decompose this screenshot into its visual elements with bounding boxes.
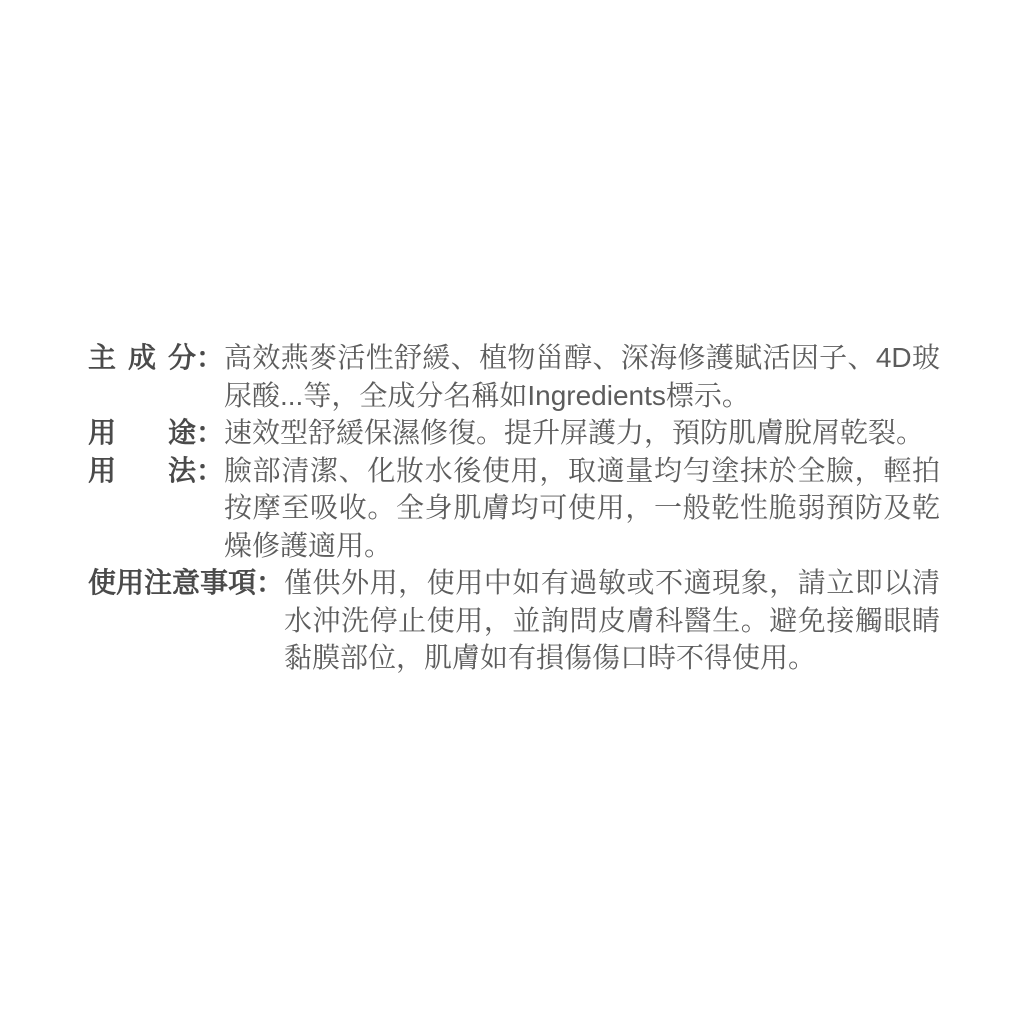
spec-content-precautions: 僅供外用，使用中如有過敏或不適現象，請立即以清水沖洗停止使用，並詢問皮膚科醫生。… (284, 564, 940, 677)
spec-colon: ： (196, 414, 224, 452)
spec-content-usage: 臉部清潔、化妝水後使用，取適量均勻塗抹於全臉，輕拍按摩至吸收。全身肌膚均可使用，… (224, 452, 940, 565)
spec-row-main-ingredients: 主成分 ： 高效燕麥活性舒緩、植物甾醇、深海修護賦活因子、4D玻尿酸...等，全… (88, 339, 940, 414)
spec-label-usage: 用法 (88, 452, 196, 490)
spec-row-usage: 用法 ： 臉部清潔、化妝水後使用，取適量均勻塗抹於全臉，輕拍按摩至吸收。全身肌膚… (88, 452, 940, 565)
spec-row-precautions: 使用注意事項 ： 僅供外用，使用中如有過敏或不適現象，請立即以清水沖洗停止使用，… (88, 564, 940, 677)
spec-colon: ： (256, 564, 284, 602)
spec-label-purpose: 用途 (88, 414, 196, 452)
spec-content-purpose: 速效型舒緩保濕修復。提升屏護力，預防肌膚脫屑乾裂。 (224, 414, 940, 452)
spec-label-precautions: 使用注意事項 (88, 564, 256, 602)
spec-row-purpose: 用途 ： 速效型舒緩保濕修復。提升屏護力，預防肌膚脫屑乾裂。 (88, 414, 940, 452)
spec-colon: ： (196, 452, 224, 490)
spec-colon: ： (196, 339, 224, 377)
product-description-panel: 主成分 ： 高效燕麥活性舒緩、植物甾醇、深海修護賦活因子、4D玻尿酸...等，全… (88, 339, 940, 677)
spec-label-main-ingredients: 主成分 (88, 339, 196, 377)
spec-content-main-ingredients: 高效燕麥活性舒緩、植物甾醇、深海修護賦活因子、4D玻尿酸...等，全成分名稱如I… (224, 339, 940, 414)
